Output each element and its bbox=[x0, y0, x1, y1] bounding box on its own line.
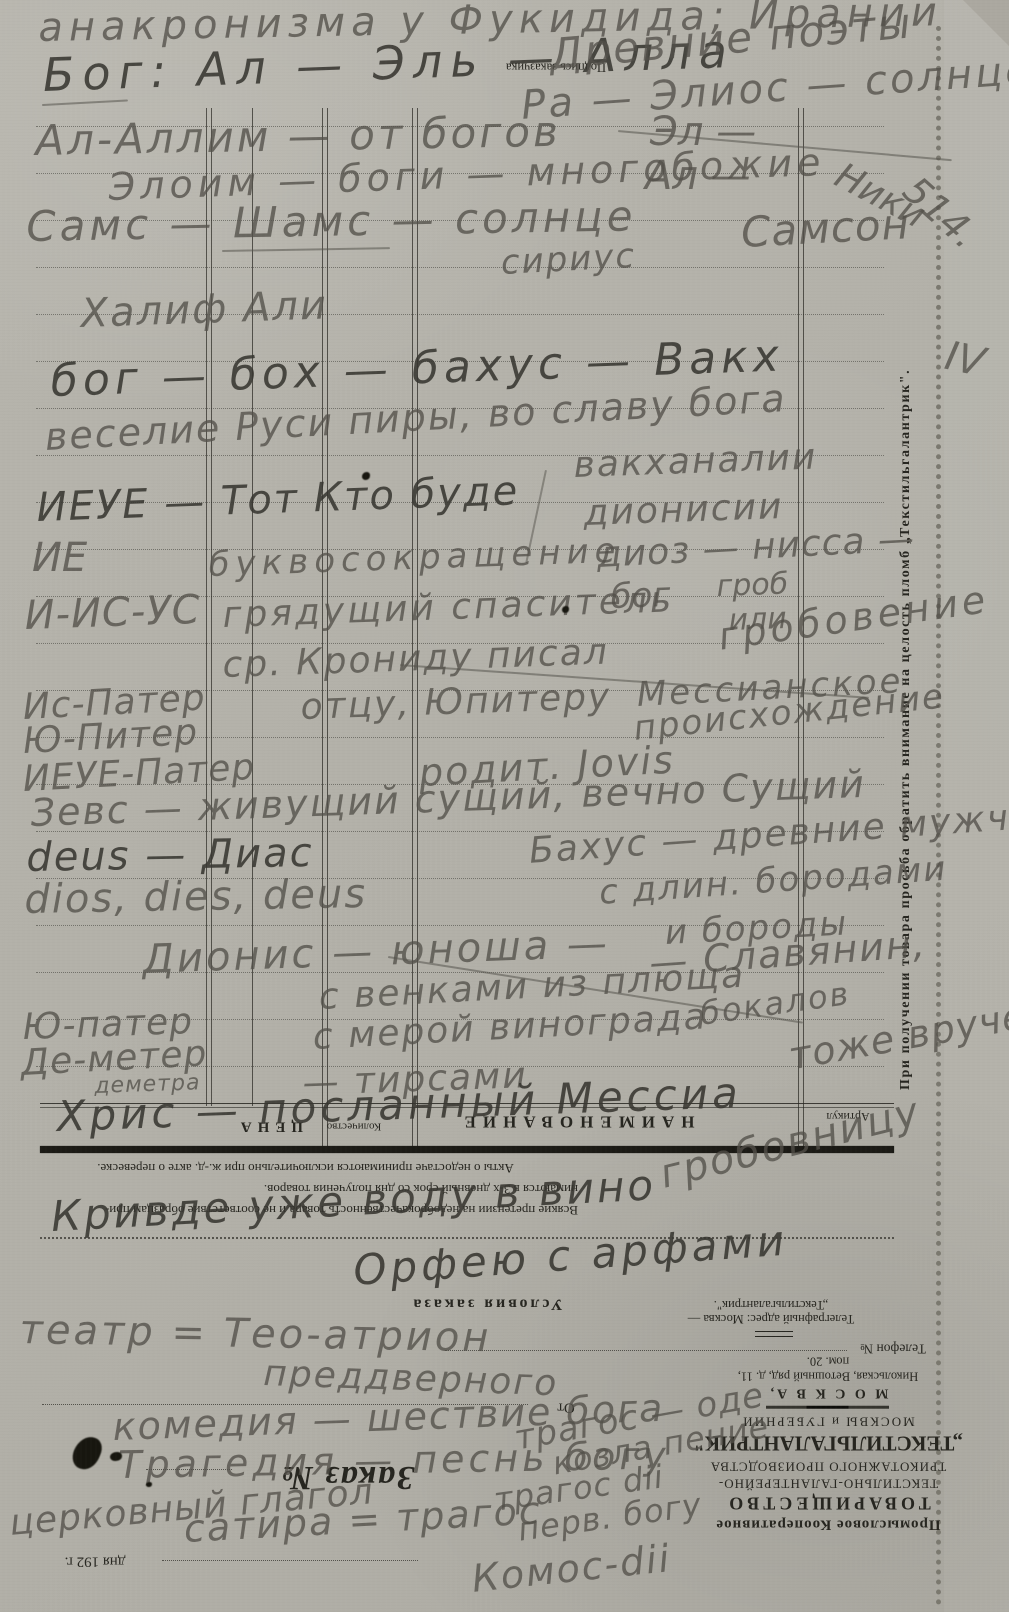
telegraph-address: Телеграфный адрес: Москва — „Текстильгал… bbox=[655, 1297, 887, 1326]
handwritten-note: сириус bbox=[500, 239, 637, 280]
phone-dotted-line bbox=[445, 1350, 847, 1351]
handwritten-note: ИЕ bbox=[32, 538, 87, 578]
handwritten-note: гроб bbox=[716, 569, 789, 601]
handwritten-note: IV bbox=[942, 336, 989, 383]
order-terms-label: Условия заказа bbox=[404, 1294, 569, 1312]
handwritten-note: дионисии bbox=[583, 489, 784, 532]
company-address: пом. 20. bbox=[650, 1354, 1006, 1368]
scanned-order-form-page: Подпись заказчика При получении товара п… bbox=[0, 0, 1009, 1612]
handwritten-note: И-ИС-УС bbox=[24, 590, 201, 636]
company-line: ТРИКОТАЖНОГО ПРОИЗВОДСТВА bbox=[650, 1459, 1006, 1474]
handwritten-note: deus — Диас bbox=[26, 833, 314, 878]
telegraph-line: Телеграфный адрес: Москва — bbox=[655, 1311, 887, 1325]
date-line-label: дня 192 г. bbox=[30, 1552, 160, 1569]
company-line: ТОВАРИЩЕСТВО bbox=[650, 1493, 1006, 1514]
ruled-line bbox=[36, 267, 884, 268]
handwritten-note: Самсон bbox=[740, 203, 911, 254]
telegraph-underline bbox=[755, 1331, 793, 1337]
telegraph-line: „Текстильгалантрик". bbox=[655, 1297, 887, 1311]
handwritten-note: вакханалии bbox=[573, 439, 818, 483]
company-line: ТЕКСТИЛЬНО-ГАЛАНТЕРЕЙНО- bbox=[650, 1476, 1006, 1491]
handwritten-note: Халиф Али bbox=[80, 285, 329, 334]
company-address: Никольская, Ветошный ряд, д. 11, bbox=[650, 1369, 1006, 1383]
date-dotted-line bbox=[162, 1560, 418, 1561]
divider-rule bbox=[767, 1406, 890, 1409]
handwritten-note: dios, dies, deus bbox=[24, 874, 367, 920]
handwritten-note: театр = Тео-атрион bbox=[19, 1310, 491, 1358]
